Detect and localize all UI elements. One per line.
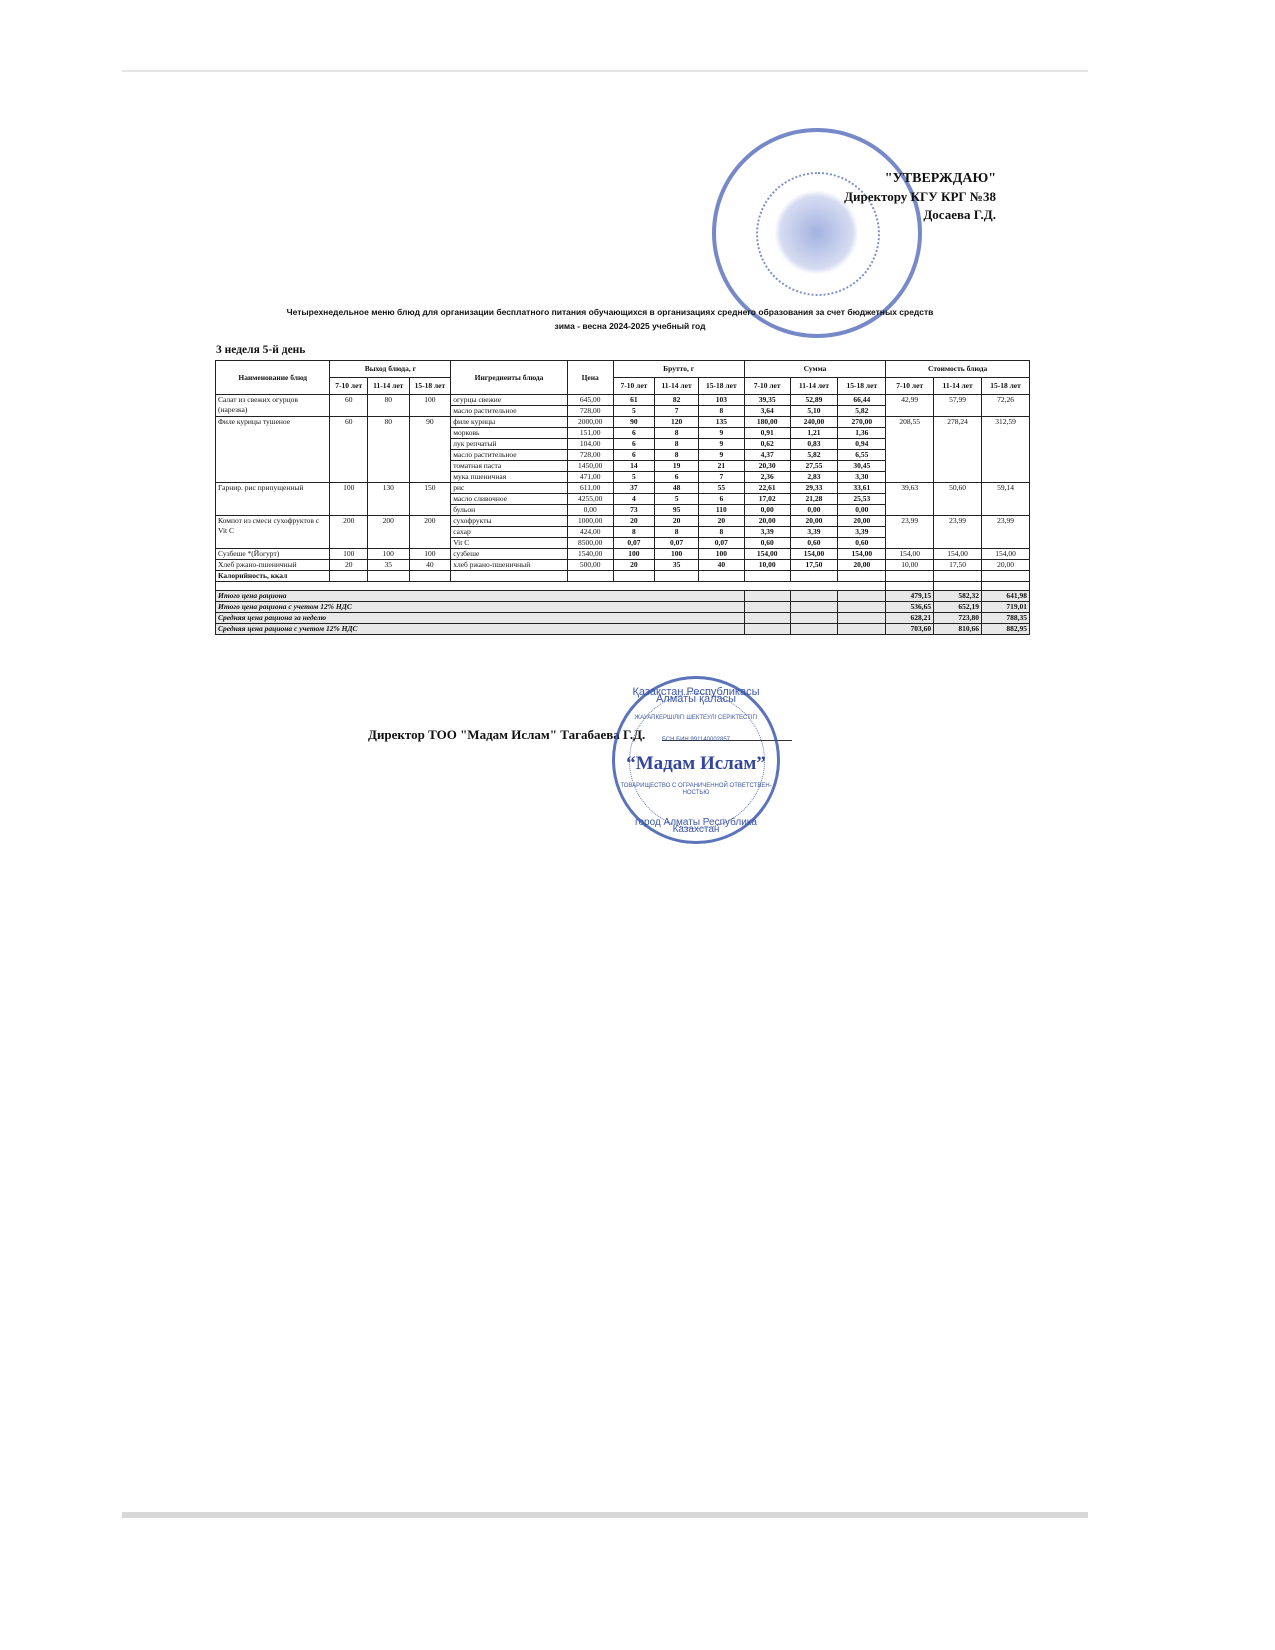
dish-yield: 200 [409,516,451,549]
empty-cell [982,582,1030,591]
ingredient-price: 500,00 [567,560,613,571]
header-age-row: 7-10 лет11-14 лет15-18 лет7-10 лет11-14 … [216,378,1030,395]
ingredient-sum: 0,60 [838,538,886,549]
title-line-1: Четырехнедельное меню блюд для организац… [250,305,970,319]
empty-cell [790,571,838,582]
empty-cell [744,602,790,613]
empty-cell [744,591,790,602]
ingredient-sum: 20,30 [744,461,790,472]
total-row: Средняя цена рациона с учетом 12% НДС703… [216,624,1030,635]
ingredient-sum: 0,00 [790,505,838,516]
ingredient-sum: 180,00 [744,417,790,428]
header-age: 15-18 лет [409,378,451,395]
stamp-line-2: ТОВАРИЩЕСТВО С ОГРАНИЧЕННОЙ ОТВЕТСТВЕН-Н… [615,783,777,797]
ingredient-sum: 25,53 [838,494,886,505]
ingredient-brutto: 135 [698,417,744,428]
empty-cell [451,571,568,582]
ingredient-sum: 6,55 [838,450,886,461]
ingredient-name: сухофрукты [451,516,568,527]
empty-cell [934,571,982,582]
empty-cell [886,571,934,582]
approval-name: Досаева Г.Д. [826,206,996,224]
dish-cost: 208,55 [886,417,934,483]
dish-cost: 57,99 [934,395,982,417]
ingredient-name: Vit C [451,538,568,549]
empty-cell [613,571,655,582]
ingredient-name: огурцы свежие [451,395,568,406]
ingredient-sum: 154,00 [790,549,838,560]
dish-yield: 60 [330,395,367,417]
ingredient-name: сахар [451,527,568,538]
ingredient-name: хлеб ржано-пшеничный [451,560,568,571]
ingredient-brutto: 5 [613,472,655,483]
ingredient-sum: 0,94 [838,439,886,450]
header-brutto: Брутто, г [613,361,744,378]
total-row: Итого цена рациона с учетом 12% НДС536,6… [216,602,1030,613]
ingredient-brutto: 100 [698,549,744,560]
total-label: Итого цена рациона [216,591,745,602]
dish-yield: 20 [330,560,367,571]
ingredient-brutto: 8 [655,428,699,439]
ingredient-brutto: 20 [655,516,699,527]
ingredient-brutto: 73 [613,505,655,516]
dish-cost: 23,99 [982,516,1030,549]
table-row: Хлеб ржано-пшеничный203540хлеб ржано-пше… [216,560,1030,571]
total-value: 479,15 [886,591,934,602]
dish-name: Хлеб ржано-пшеничный [216,560,330,571]
ingredient-brutto: 100 [613,549,655,560]
ingredient-price: 1450,00 [567,461,613,472]
ingredient-price: 611,00 [567,483,613,494]
dish-cost: 278,24 [934,417,982,483]
ingredient-brutto: 0,07 [655,538,699,549]
dish-yield: 80 [367,417,409,483]
table-row: Филе курицы тушеное608090филе курицы2000… [216,417,1030,428]
ingredient-sum: 27,55 [790,461,838,472]
table-row: Салат из свежих огурцов (нарезка)6080100… [216,395,1030,406]
ingredient-brutto: 0,07 [698,538,744,549]
empty-cell [886,582,934,591]
ingredient-sum: 3,39 [838,527,886,538]
empty-cell [790,613,838,624]
ingredient-sum: 21,28 [790,494,838,505]
ingredient-sum: 270,00 [838,417,886,428]
dish-yield: 100 [367,549,409,560]
ingredient-brutto: 5 [655,494,699,505]
total-value: 810,66 [934,624,982,635]
stamp-line-1: ЖАУАПКЕРШІЛІГІ ШЕКТЕУЛІ СЕРІКТЕСТІГІ [615,715,777,722]
dish-cost: 20,00 [982,560,1030,571]
total-label: Средняя цена рациона с учетом 12% НДС [216,624,745,635]
empty-cell [655,571,699,582]
dish-yield: 100 [330,549,367,560]
dish-name: Сузбеше *(Йогурт) [216,549,330,560]
ingredient-price: 728,00 [567,450,613,461]
ingredient-brutto: 6 [613,439,655,450]
ingredient-sum: 240,00 [790,417,838,428]
dish-cost: 42,99 [886,395,934,417]
ingredient-price: 151,00 [567,428,613,439]
ingredient-brutto: 7 [655,406,699,417]
dish-yield: 100 [409,549,451,560]
dish-yield: 80 [367,395,409,417]
ingredient-sum: 0,00 [838,505,886,516]
ingredient-brutto: 9 [698,428,744,439]
total-value: 582,32 [934,591,982,602]
ingredient-price: 0,00 [567,505,613,516]
empty-cell [838,602,886,613]
ingredient-price: 424,00 [567,527,613,538]
dish-cost: 10,00 [886,560,934,571]
dish-yield: 150 [409,483,451,516]
ingredient-brutto: 20 [613,560,655,571]
stamp-company-name: “Мадам Ислам” [615,753,777,775]
total-row: Итого цена рациона479,15582,32641,98 [216,591,1030,602]
header-ingredients: Ингредиенты блюда [451,361,568,395]
empty-cell [838,613,886,624]
empty-cell [744,624,790,635]
ingredient-brutto: 48 [655,483,699,494]
ingredient-brutto: 8 [655,439,699,450]
ingredient-sum: 20,00 [790,516,838,527]
ingredient-sum: 10,00 [744,560,790,571]
empty-cell [838,571,886,582]
dish-cost: 72,26 [982,395,1030,417]
dish-cost: 154,00 [982,549,1030,560]
total-value: 703,60 [886,624,934,635]
header-age: 7-10 лет [744,378,790,395]
ingredient-brutto: 21 [698,461,744,472]
empty-cell [934,582,982,591]
total-label: Итого цена рациона с учетом 12% НДС [216,602,745,613]
dish-name: Филе курицы тушеное [216,417,330,483]
dish-cost: 23,99 [934,516,982,549]
dish-cost: 154,00 [886,549,934,560]
empty-cell [567,571,613,582]
ingredient-brutto: 19 [655,461,699,472]
ingredient-name: масло растительное [451,450,568,461]
ingredient-price: 728,00 [567,406,613,417]
ingredient-name: масло сливочное [451,494,568,505]
ingredient-sum: 22,61 [744,483,790,494]
total-row: Средняя цена рациона за неделю628,21723,… [216,613,1030,624]
header-age: 11-14 лет [655,378,699,395]
dish-cost: 39,63 [886,483,934,516]
ingredient-sum: 0,91 [744,428,790,439]
ingredient-brutto: 8 [613,527,655,538]
ingredient-brutto: 4 [613,494,655,505]
dish-cost: 59,14 [982,483,1030,516]
empty-cell [744,571,790,582]
ingredient-brutto: 100 [655,549,699,560]
empty-cell [838,624,886,635]
ingredient-sum: 20,00 [744,516,790,527]
ingredient-sum: 33,61 [838,483,886,494]
ingredient-brutto: 5 [613,406,655,417]
ingredient-price: 645,00 [567,395,613,406]
header-yield: Выход блюда, г [330,361,451,378]
ingredient-sum: 1,36 [838,428,886,439]
spacer-row [216,582,1030,591]
ingredient-price: 1540,00 [567,549,613,560]
ingredient-name: бульон [451,505,568,516]
ingredient-sum: 3,39 [744,527,790,538]
dish-yield: 130 [367,483,409,516]
approval-heading: "УТВЕРЖДАЮ" [826,170,996,188]
dish-cost: 17,50 [934,560,982,571]
total-value: 652,19 [934,602,982,613]
ingredient-sum: 0,60 [744,538,790,549]
total-value: 536,65 [886,602,934,613]
empty-cell [698,571,744,582]
ingredient-name: рис [451,483,568,494]
ingredient-sum: 5,82 [790,450,838,461]
total-value: 788,35 [982,613,1030,624]
dish-yield: 90 [409,417,451,483]
ingredient-brutto: 120 [655,417,699,428]
total-value: 882,95 [982,624,1030,635]
header-dish: Наименование блюд [216,361,330,395]
ingredient-sum: 52,89 [790,395,838,406]
ingredient-brutto: 9 [698,439,744,450]
ingredient-brutto: 55 [698,483,744,494]
ingredient-sum: 5,82 [838,406,886,417]
document-title: Четырехнедельное меню блюд для организац… [250,305,970,333]
stamp-top-text: Қазақстан Республикасы Алматы қаласы [615,689,777,703]
ingredient-sum: 1,21 [790,428,838,439]
ingredient-sum: 0,62 [744,439,790,450]
header-age: 11-14 лет [367,378,409,395]
ingredient-sum: 154,00 [744,549,790,560]
calories-label: Калорийность, ккал [216,571,330,582]
header-row: Наименование блюдВыход блюда, гИнгредиен… [216,361,1030,378]
ingredient-name: филе курицы [451,417,568,428]
stamp-bottom-text: город Алматы Республика Казахстан [615,819,777,833]
ingredient-brutto: 8 [655,527,699,538]
table-row: Сузбеше *(Йогурт)100100100сузбеше1540,00… [216,549,1030,560]
ingredient-sum: 4,37 [744,450,790,461]
dish-yield: 100 [409,395,451,417]
header-cost: Стоимость блюда [886,361,1030,378]
ingredient-sum: 2,36 [744,472,790,483]
document-page [122,70,1088,1518]
dish-yield: 35 [367,560,409,571]
ingredient-sum: 20,00 [838,560,886,571]
ingredient-sum: 29,33 [790,483,838,494]
dish-yield: 200 [367,516,409,549]
stamp-bin: БСН БИН 991140002857 [615,737,777,744]
ingredient-brutto: 8 [698,527,744,538]
ingredient-price: 4255,00 [567,494,613,505]
ingredient-sum: 0,00 [744,505,790,516]
ingredient-name: томатная паста [451,461,568,472]
header-age: 11-14 лет [790,378,838,395]
ingredient-brutto: 20 [698,516,744,527]
header-age: 7-10 лет [886,378,934,395]
ingredient-name: сузбеше [451,549,568,560]
calories-row: Калорийность, ккал [216,571,1030,582]
ingredient-brutto: 8 [655,450,699,461]
ingredient-brutto: 8 [698,406,744,417]
ingredient-sum: 154,00 [838,549,886,560]
ingredient-sum: 2,83 [790,472,838,483]
empty-cell [744,613,790,624]
header-age: 11-14 лет [934,378,982,395]
empty-cell [216,582,886,591]
empty-cell [790,591,838,602]
company-seal-stamp: Қазақстан Республикасы Алматы қаласы ЖАУ… [612,676,780,844]
ingredient-brutto: 20 [613,516,655,527]
ingredient-brutto: 6 [655,472,699,483]
ingredient-sum: 30,45 [838,461,886,472]
ingredient-brutto: 6 [613,450,655,461]
ingredient-sum: 0,60 [790,538,838,549]
header-age: 15-18 лет [838,378,886,395]
dish-yield: 100 [330,483,367,516]
ingredient-sum: 20,00 [838,516,886,527]
dish-yield: 40 [409,560,451,571]
table-row: Гарнир. рис припущенный100130150рис611,0… [216,483,1030,494]
ingredient-brutto: 14 [613,461,655,472]
total-value: 723,80 [934,613,982,624]
ingredient-sum: 17,02 [744,494,790,505]
ingredient-brutto: 40 [698,560,744,571]
empty-cell [790,624,838,635]
ingredient-price: 2000,00 [567,417,613,428]
ingredient-price: 8500,00 [567,538,613,549]
empty-cell [330,571,367,582]
empty-cell [982,571,1030,582]
ingredient-brutto: 7 [698,472,744,483]
header-age: 7-10 лет [613,378,655,395]
ingredient-sum: 3,30 [838,472,886,483]
ingredient-name: лук репчатый [451,439,568,450]
ingredient-name: мука пшеничная [451,472,568,483]
ingredient-brutto: 37 [613,483,655,494]
approval-position: Директору КГУ КРГ №38 [826,188,996,206]
approval-block: "УТВЕРЖДАЮ" Директору КГУ КРГ №38 Досаев… [826,170,996,224]
ingredient-brutto: 6 [613,428,655,439]
dish-yield: 200 [330,516,367,549]
ingredient-brutto: 9 [698,450,744,461]
ingredient-sum: 17,50 [790,560,838,571]
dish-yield: 60 [330,417,367,483]
ingredient-brutto: 103 [698,395,744,406]
ingredient-brutto: 95 [655,505,699,516]
ingredient-price: 1000,00 [567,516,613,527]
header-sum: Сумма [744,361,886,378]
empty-cell [367,571,409,582]
ingredient-sum: 39,35 [744,395,790,406]
dish-cost: 50,60 [934,483,982,516]
ingredient-brutto: 0,07 [613,538,655,549]
ingredient-price: 471,00 [567,472,613,483]
ingredient-name: морковь [451,428,568,439]
total-label: Средняя цена рациона за неделю [216,613,745,624]
ingredient-brutto: 82 [655,395,699,406]
menu-table: Наименование блюдВыход блюда, гИнгредиен… [215,360,1030,635]
ingredient-sum: 66,44 [838,395,886,406]
empty-cell [838,591,886,602]
menu-day-label: 3 неделя 5-й день [216,344,305,356]
ingredient-brutto: 90 [613,417,655,428]
ingredient-name: масло растительное [451,406,568,417]
ingredient-sum: 3,64 [744,406,790,417]
ingredient-price: 104,00 [567,439,613,450]
dish-cost: 154,00 [934,549,982,560]
empty-cell [409,571,451,582]
dish-cost: 23,99 [886,516,934,549]
ingredient-brutto: 35 [655,560,699,571]
supplier-director-signature: Директор ТОО "Мадам Ислам" Тагабаева Г.Д… [368,727,645,743]
total-value: 641,98 [982,591,1030,602]
total-value: 719,01 [982,602,1030,613]
empty-cell [790,602,838,613]
dish-name: Компот из смеси сухофруктов с Vit C [216,516,330,549]
header-age: 15-18 лет [982,378,1030,395]
header-age: 15-18 лет [698,378,744,395]
ingredient-sum: 3,39 [790,527,838,538]
title-line-2: зима - весна 2024-2025 учебный год [250,319,970,333]
table-row: Компот из смеси сухофруктов с Vit C20020… [216,516,1030,527]
ingredient-brutto: 61 [613,395,655,406]
dish-name: Салат из свежих огурцов (нарезка) [216,395,330,417]
header-age: 7-10 лет [330,378,367,395]
ingredient-brutto: 110 [698,505,744,516]
ingredient-sum: 5,10 [790,406,838,417]
dish-name: Гарнир. рис припущенный [216,483,330,516]
header-price: Цена [567,361,613,395]
total-value: 628,21 [886,613,934,624]
ingredient-sum: 0,83 [790,439,838,450]
dish-cost: 312,59 [982,417,1030,483]
ingredient-brutto: 6 [698,494,744,505]
